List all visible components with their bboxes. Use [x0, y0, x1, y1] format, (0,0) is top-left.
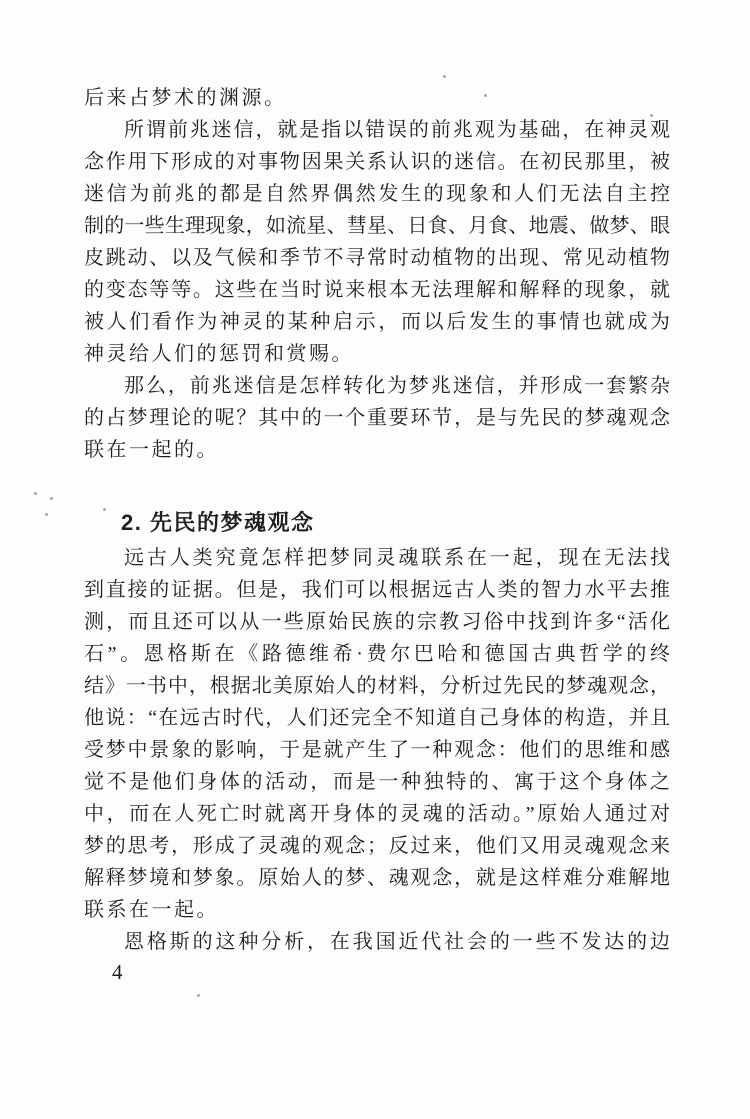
scan-speck — [665, 316, 668, 319]
paragraph: 远古人类究竟怎样把梦同灵魂联系在一起，现在无法找到直接的证据。但是，我们可以根据… — [84, 542, 670, 926]
text-block: 后来占梦术的渊源。所谓前兆迷信，就是指以错误的前兆观为基础，在神灵观念作用下形成… — [84, 82, 670, 958]
scan-speck — [45, 513, 48, 516]
text-line: 制的一些生理现象，如流星、彗星、日食、月食、地震、做梦、眼 — [84, 210, 670, 242]
text-line: 后来占梦术的渊源。 — [84, 82, 670, 114]
text-line: 石”。恩格斯在《路德维希·费尔巴哈和德国古典哲学的终 — [84, 638, 670, 670]
text-line: 皮跳动、以及气候和季节不寻常时动植物的出现、常见动植物 — [84, 242, 670, 274]
paragraph: 恩格斯的这种分析，在我国近代社会的一些不发达的边 — [84, 926, 670, 958]
text-line: 中，而在人死亡时就离开身体的灵魂的活动。”原始人通过对 — [84, 798, 670, 830]
text-line: 迷信为前兆的都是自然界偶然发生的现象和人们无法自主控 — [84, 178, 670, 210]
text-line: 他说：“在远古时代，人们还完全不知道自己身体的构造，并且 — [84, 702, 670, 734]
text-line: 恩格斯的这种分析，在我国近代社会的一些不发达的边 — [84, 926, 670, 958]
book-page: 后来占梦术的渊源。所谓前兆迷信，就是指以错误的前兆观为基础，在神灵观念作用下形成… — [0, 0, 750, 1119]
paragraph: 后来占梦术的渊源。 — [84, 82, 670, 114]
text-line: 的变态等等。这些在当时说来根本无法理解和解释的现象，就 — [84, 274, 670, 306]
scan-speck — [650, 114, 653, 117]
text-line: 联系在一起。 — [84, 894, 670, 926]
text-line: 结》一书中，根据北美原始人的材料，分析过先民的梦魂观念， — [84, 670, 670, 702]
text-line: 念作用下形成的对事物因果关系认识的迷信。在初民那里，被 — [84, 146, 670, 178]
scan-speck — [34, 492, 37, 495]
text-line: 的占梦理论的呢？其中的一个重要环节，是与先民的梦魂观念 — [84, 402, 670, 434]
text-line: 神灵给人们的惩罚和赏赐。 — [84, 338, 670, 370]
scan-speck — [103, 508, 106, 511]
scan-speck — [50, 497, 53, 500]
text-line: 所谓前兆迷信，就是指以错误的前兆观为基础，在神灵观 — [84, 114, 670, 146]
paragraph: 所谓前兆迷信，就是指以错误的前兆观为基础，在神灵观念作用下形成的对事物因果关系认… — [84, 114, 670, 370]
text-line: 受梦中景象的影响，于是就产生了一种观念：他们的思维和感 — [84, 734, 670, 766]
text-line: 测，而且还可以从一些原始民族的宗教习俗中找到许多“活化 — [84, 606, 670, 638]
text-line: 觉不是他们身体的活动，而是一种独特的、寓于这个身体之 — [84, 766, 670, 798]
text-line: 梦的思考，形成了灵魂的观念；反过来，他们又用灵魂观念来 — [84, 830, 670, 862]
paragraph: 那么，前兆迷信是怎样转化为梦兆迷信，并形成一套繁杂的占梦理论的呢？其中的一个重要… — [84, 370, 670, 466]
text-line: 那么，前兆迷信是怎样转化为梦兆迷信，并形成一套繁杂 — [84, 370, 670, 402]
page-number: 4 — [112, 960, 123, 985]
text-line: 被人们看作为神灵的某种启示，而以后发生的事情也就成为 — [84, 306, 670, 338]
text-line: 到直接的证据。但是，我们可以根据远古人类的智力水平去推 — [84, 574, 670, 606]
scan-speck — [443, 75, 446, 78]
scan-speck — [484, 94, 487, 97]
text-line: 远古人类究竟怎样把梦同灵魂联系在一起，现在无法找 — [84, 542, 670, 574]
text-line: 解释梦境和梦象。原始人的梦、魂观念，就是这样难分难解地 — [84, 862, 670, 894]
section-heading: 2. 先民的梦魂观念 — [84, 506, 670, 540]
text-line: 联在一起的。 — [84, 434, 670, 466]
scan-speck — [197, 994, 200, 997]
